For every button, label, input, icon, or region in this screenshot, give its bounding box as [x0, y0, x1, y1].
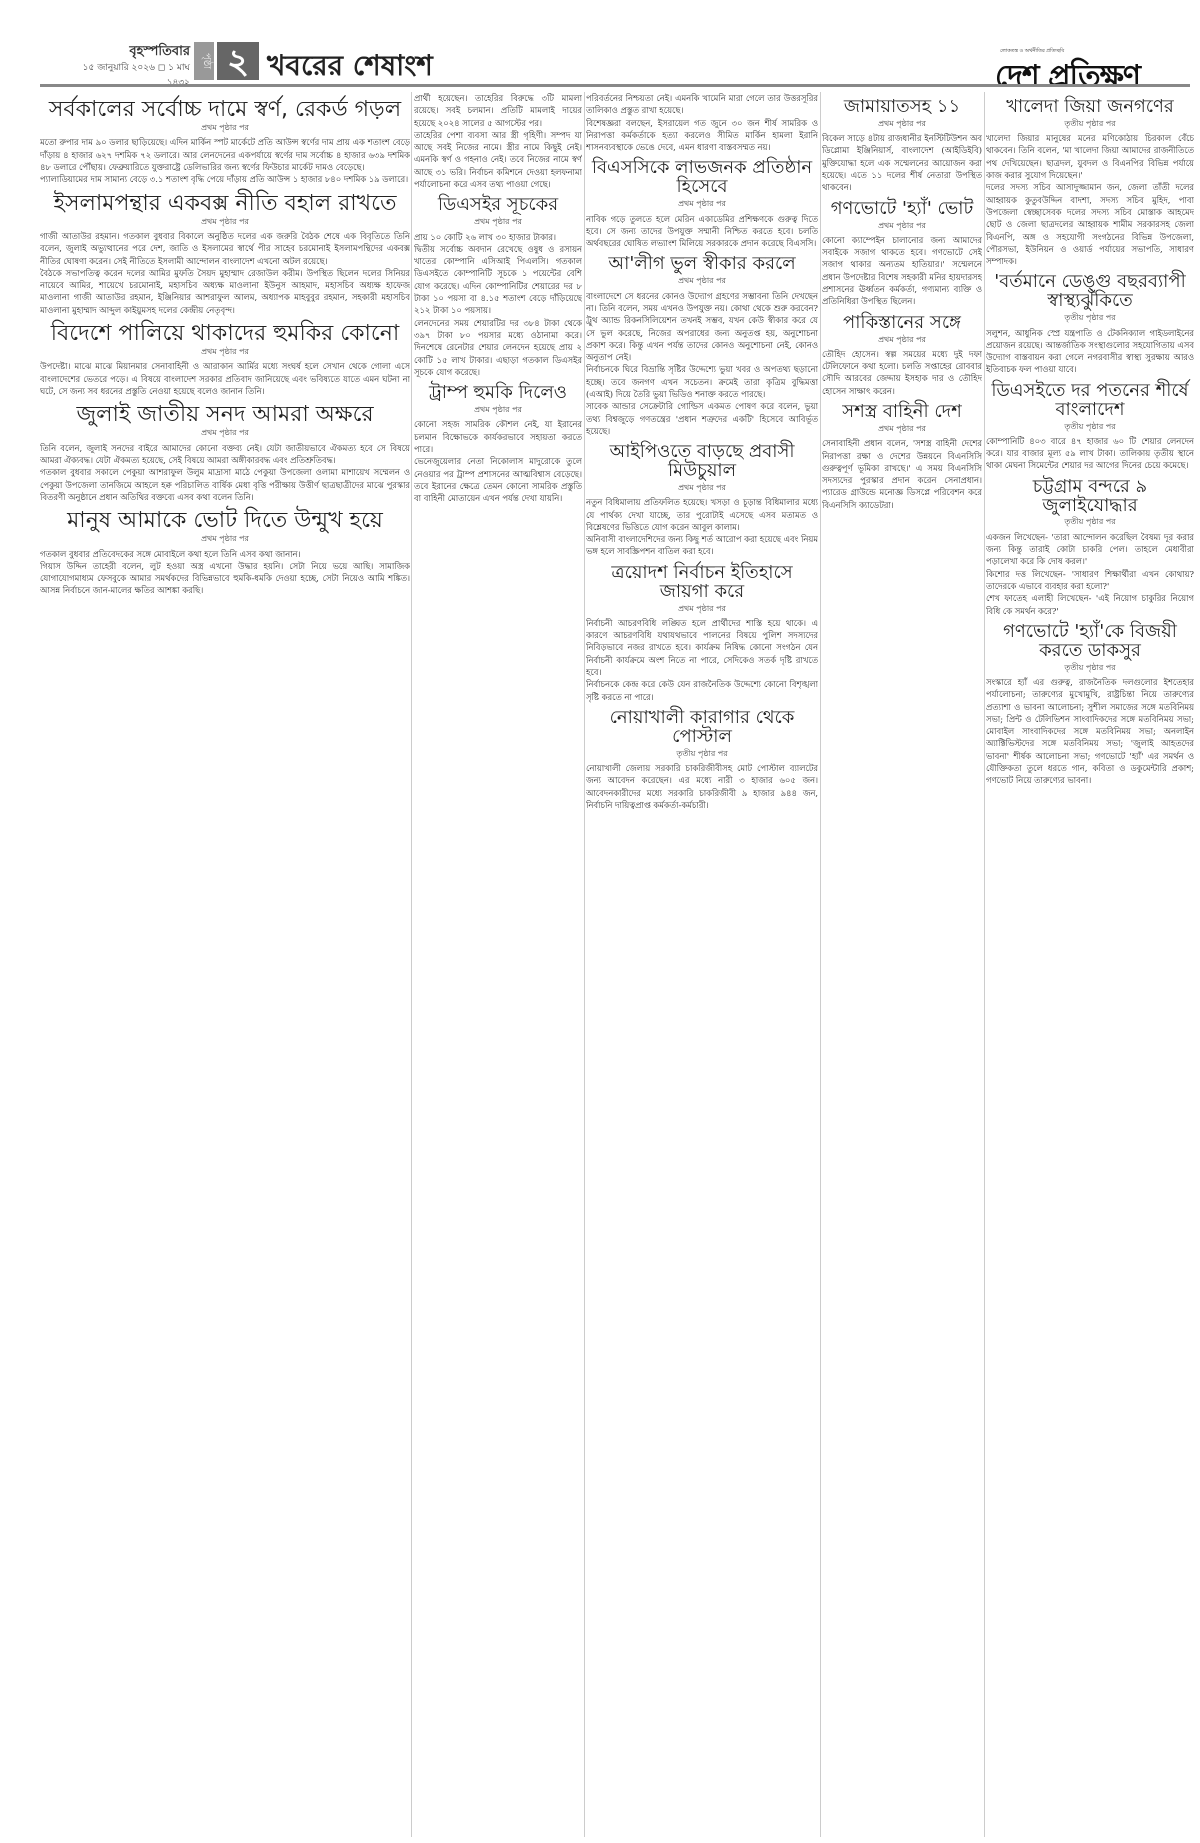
article-armed-forces: সশস্ত্র বাহিনী দেশ প্রথম পৃষ্ঠার পর সেনা… — [822, 403, 982, 511]
paragraph: নোয়াখালী জেলায় সরকারি চাকরিজীবীসহ মোট … — [586, 762, 818, 811]
continued-label: প্রথম পৃষ্ঠার পর — [586, 482, 818, 494]
paragraph: ভেনেজুয়েলার নেতা নিকোলাস মাদুরোকে তুলে … — [414, 455, 582, 504]
continued-label: তৃতীয় পৃষ্ঠার পর — [986, 662, 1194, 674]
paragraph: কোম্পানিটি ৪০৩ বারে ৪৭ হাজার ৬০ টি শেয়া… — [986, 435, 1194, 472]
article-khaleda-zia: খালেদা জিয়া জনগণের তৃতীয় পৃষ্ঠার পর খা… — [986, 98, 1194, 267]
paragraph: বাংলাদেশে সে ধরনের কোনও উদ্যোগ গ্রহণের স… — [586, 290, 818, 364]
continued-label: প্রথম পৃষ্ঠার পর — [586, 603, 818, 615]
headline: বিএসসিকে লাভজনক প্রতিষ্ঠান হিসেবে — [586, 159, 818, 197]
headline: জামায়াতসহ ১১ — [822, 98, 982, 117]
column-divider — [984, 92, 985, 1837]
page-tag: পৃষ্ঠা — [194, 42, 214, 80]
paragraph: তিনি বলেন, জুলাই সনদের বাইরে আমাদের কোনো… — [40, 442, 410, 467]
paragraph: নাবিক গড়ে তুলতে হলে মেরিন একাডেমির প্রশ… — [586, 213, 818, 250]
article-ipo-mutual-fund: আইপিওতে বাড়ছে প্রবাসী মিউচুয়াল প্রথম প… — [586, 443, 818, 558]
headline: সশস্ত্র বাহিনী দেশ — [822, 403, 982, 422]
paragraph: নির্বাচনী আচরণবিধি লঙ্ঘিত হলে প্রার্থীদে… — [586, 617, 818, 678]
paragraph: গিয়াস উদ্দিন তাহেরী বলেন, লুট হওয়া অস্… — [40, 560, 410, 597]
article-awami-league: আ'লীগ ভুল স্বীকার করলে প্রথম পৃষ্ঠার পর … — [586, 255, 818, 437]
headline: খালেদা জিয়া জনগণের — [986, 98, 1194, 117]
paragraph: একজন লিখেছেন- 'তারা আন্দোলন করেছিল বৈষম্… — [986, 531, 1194, 568]
column-2: প্রার্থী হয়েছেন। তাহেরির বিরুদ্ধে ৩টি ম… — [414, 92, 582, 1837]
headline: 'বর্তমানে ডেঙ্গু বছরব্যাপী স্বাস্থ্যঝুঁক… — [986, 273, 1194, 311]
paragraph: গতকাল বুধবার সকালে পেকুয়া আশরাফুল উলুম … — [40, 466, 410, 503]
column-divider — [820, 92, 821, 1837]
article-july-charter: জুলাই জাতীয় সনদ আমরা অক্ষরে প্রথম পৃষ্ঠ… — [40, 403, 410, 503]
continued-label: প্রথম পৃষ্ঠার পর — [822, 118, 982, 130]
article-taheri-continued: প্রার্থী হয়েছেন। তাহেরির বিরুদ্ধে ৩টি ম… — [414, 92, 582, 190]
article-islamic-unity: ইসলামপন্থার একবক্স নীতি বহাল রাখতে প্রথম… — [40, 192, 410, 316]
continued-label: প্রথম পৃষ্ঠার পর — [414, 404, 582, 416]
continued-label: প্রথম পৃষ্ঠার পর — [40, 122, 410, 134]
article-noakhali-postal: নোয়াখালী কারাগার থেকে পোস্টাল তৃতীয় পৃ… — [586, 709, 818, 811]
column-4: জামায়াতসহ ১১ প্রথম পৃষ্ঠার পর বিকেল সাড… — [822, 92, 982, 1837]
paragraph: পরিবর্তনের নিশ্চয়তা নেই। এমনকি খামেনি ম… — [586, 92, 818, 117]
paragraph: প্যালাডিয়ামের দাম সামান্য বেড়ে ৩.১ শতা… — [40, 173, 410, 185]
article-jamaat-11: জামায়াতসহ ১১ প্রথম পৃষ্ঠার পর বিকেল সাড… — [822, 98, 982, 194]
paragraph: নির্বাচনকে ঘিরে বিভ্রান্তি সৃষ্টির উদ্দে… — [586, 363, 818, 400]
headline: গণভোটে 'হ্যাঁ' ভোট — [822, 200, 982, 219]
headline: ট্রাম্প হুমকি দিলেও — [414, 384, 582, 403]
article-thirteenth-election: ত্রয়োদশ নির্বাচন ইতিহাসে জায়গা করে প্র… — [586, 564, 818, 703]
paragraph: মতো রুপার দাম ৯০ ডলার ছাড়িয়েছে। এদিন ম… — [40, 136, 410, 173]
continued-label: প্রথম পৃষ্ঠার পর — [40, 427, 410, 439]
column-1: সর্বকালের সর্বোচ্চ দামে স্বর্ণ, রেকর্ড গ… — [40, 92, 410, 1837]
paragraph: দলের সদস্য সচিব আসাদুজ্জামান জন, জেলা তা… — [986, 181, 1194, 267]
column-divider — [584, 92, 585, 1837]
article-ducsu-referendum: গণভোটে 'হ্যাঁ'কে বিজয়ী করতে ডাকসুর তৃতী… — [986, 623, 1194, 787]
article-dse-decline: ডিএসইতে দর পতনের শীর্ষে বাংলাদেশ তৃতীয় … — [986, 382, 1194, 472]
paragraph: প্রায় ১০ কোটি ২৬ লাখ ৩০ হাজার টাকার। — [414, 231, 582, 243]
continued-label: প্রথম পৃষ্ঠার পর — [414, 216, 582, 228]
paragraph: খালেদা জিয়ার মানুষের মনের মণিকোঠায় চির… — [986, 132, 1194, 181]
continued-label: তৃতীয় পৃষ্ঠার পর — [986, 118, 1194, 130]
paragraph: সংস্কারে হ্যাঁ এর গুরুত্ব, রাজনৈতিক দলগু… — [986, 676, 1194, 787]
headline: আ'লীগ ভুল স্বীকার করলে — [586, 255, 818, 274]
paragraph: অনিবাসী বাংলাদেশিদের জন্য কিছু শর্ত আরোপ… — [586, 533, 818, 558]
article-bsc-profit: পরিবর্তনের নিশ্চয়তা নেই। এমনকি খামেনি ম… — [586, 92, 818, 249]
paragraph: দ্বিতীয় সর্বোচ্চ অবদান রেখেছে ওষুধ ও রস… — [414, 243, 582, 317]
column-5: খালেদা জিয়া জনগণের তৃতীয় পৃষ্ঠার পর খা… — [986, 92, 1194, 1837]
paragraph: গাজী আতাউর রহমান। গতকাল বুধবার বিকালে অন… — [40, 230, 410, 267]
continued-label: তৃতীয় পৃষ্ঠার পর — [986, 516, 1194, 528]
paragraph: লেনদেনের সময় শেয়ারটির দর ৩৮৪ টাকা থেকে… — [414, 317, 582, 378]
column-3: পরিবর্তনের নিশ্চয়তা নেই। এমনকি খামেনি ম… — [586, 92, 818, 1837]
headline: ডিএসইতে দর পতনের শীর্ষে বাংলাদেশ — [986, 382, 1194, 420]
paragraph: প্রার্থী হয়েছেন। তাহেরির বিরুদ্ধে ৩টি ম… — [414, 92, 582, 129]
paragraph: বিশেষজ্ঞরা বলছেন, ইসরায়েল গত জুনে ৩০ জন… — [586, 117, 818, 154]
headline: পাকিস্তানের সঙ্গে — [822, 314, 982, 333]
headline: আইপিওতে বাড়ছে প্রবাসী মিউচুয়াল — [586, 443, 818, 481]
article-dengue: 'বর্তমানে ডেঙ্গু বছরব্যাপী স্বাস্থ্যঝুঁক… — [986, 273, 1194, 375]
paragraph: সেনাবাহিনী প্রধান বলেন, 'সশস্ত্র বাহিনী … — [822, 437, 982, 511]
column-divider — [411, 92, 412, 1837]
headline: জুলাই জাতীয় সনদ আমরা অক্ষরে — [40, 403, 410, 426]
paragraph: কোনো সহজ সামরিক কৌশল নেই, যা ইরানের চলমা… — [414, 418, 582, 455]
continued-label: প্রথম পৃষ্ঠার পর — [40, 346, 410, 358]
paragraph: উপদেষ্টা। মাঝে মাঝে মিয়ানমার সেনাবাহিনী… — [40, 360, 410, 397]
paragraph: শেখ ফাতেহ এলাহী লিখেছেন- 'এই নিয়োগ চাকু… — [986, 592, 1194, 617]
continued-label: প্রথম পৃষ্ঠার পর — [40, 216, 410, 228]
headline: সর্বকালের সর্বোচ্চ দামে স্বর্ণ, রেকর্ড গ… — [40, 98, 410, 121]
paragraph: সাবেক আন্ডার সেক্রেটারি গোল্ডিস একমত পোষ… — [586, 400, 818, 437]
continued-label: প্রথম পৃষ্ঠার পর — [822, 220, 982, 232]
paragraph: গতকাল বুধবার প্রতিবেদকের সঙ্গে মোবাইলে ক… — [40, 548, 410, 560]
article-pakistan: পাকিস্তানের সঙ্গে প্রথম পৃষ্ঠার পর তৌহিদ… — [822, 314, 982, 397]
paragraph: নতুন বিধিমালায় প্রতিফলিত হয়েছে। খসড়া … — [586, 496, 818, 533]
headline: নোয়াখালী কারাগার থেকে পোস্টাল — [586, 709, 818, 747]
article-referendum-yes: গণভোটে 'হ্যাঁ' ভোট প্রথম পৃষ্ঠার পর কোনো… — [822, 200, 982, 308]
continued-label: তৃতীয় পৃষ্ঠার পর — [986, 312, 1194, 324]
headline: ত্রয়োদশ নির্বাচন ইতিহাসে জায়গা করে — [586, 564, 818, 602]
paragraph: কোনো ক্যাম্পেইন চালানোর জন্য আমাদের সবাই… — [822, 234, 982, 308]
headline: মানুষ আমাকে ভোট দিতে উন্মুখ হয়ে — [40, 509, 410, 532]
masthead: বৃহস্পতিবার ১৫ জানুয়ারি ২০২৬ ◻ ১ মাঘ ১৪… — [0, 0, 1200, 78]
paragraph: তৌহিদ হোসেন। স্বল্প সময়ের মধ্যে দুই দফা… — [822, 348, 982, 397]
page-number: ২ — [217, 42, 259, 80]
masthead-rule — [40, 84, 1190, 87]
continued-label: প্রথম পৃষ্ঠার পর — [586, 198, 818, 210]
paragraph: নির্বাচনকে কেন্দ্র করে কেউ যেন রাজনৈতিক … — [586, 678, 818, 703]
headline: চট্টগ্রাম বন্দরে ৯ জুলাইযোদ্ধার — [986, 478, 1194, 516]
continued-label: তৃতীয় পৃষ্ঠার পর — [986, 421, 1194, 433]
continued-label: প্রথম পৃষ্ঠার পর — [586, 275, 818, 287]
paragraph: বৈঠকে সভাপতিত্ব করেন দলের আমির মুফতি সৈয… — [40, 267, 410, 316]
article-dse-index: ডিএসইর সূচকের প্রথম পৃষ্ঠার পর প্রায় ১০… — [414, 196, 582, 378]
article-chittagong-port: চট্টগ্রাম বন্দরে ৯ জুলাইযোদ্ধার তৃতীয় প… — [986, 478, 1194, 617]
headline: বিদেশে পালিয়ে থাকাদের হুমকির কোনো — [40, 322, 410, 345]
paragraph: সলুশন, আধুনিক স্প্রে যন্ত্রপাতি ও টেকনিক… — [986, 327, 1194, 376]
continued-label: প্রথম পৃষ্ঠার পর — [822, 423, 982, 435]
continued-label: প্রথম পৃষ্ঠার পর — [822, 334, 982, 346]
paragraph: তাহেরির পেশা ব্যবসা আর স্ত্রী গৃহিণী। সম… — [414, 129, 582, 190]
article-threat-abroad: বিদেশে পালিয়ে থাকাদের হুমকির কোনো প্রথম… — [40, 322, 410, 397]
article-trump-threat: ট্রাম্প হুমকি দিলেও প্রথম পৃষ্ঠার পর কোন… — [414, 384, 582, 504]
headline: ইসলামপন্থার একবক্স নীতি বহাল রাখতে — [40, 192, 410, 215]
headline: ডিএসইর সূচকের — [414, 196, 582, 215]
headline: গণভোটে 'হ্যাঁ'কে বিজয়ী করতে ডাকসুর — [986, 623, 1194, 661]
article-voters-eager: মানুষ আমাকে ভোট দিতে উন্মুখ হয়ে প্রথম প… — [40, 509, 410, 597]
paragraph: বিকেল সাড়ে ৪টায় রাজধানীর ইনস্টিটিউশন অ… — [822, 132, 982, 193]
article-gold-price: সর্বকালের সর্বোচ্চ দামে স্বর্ণ, রেকর্ড গ… — [40, 98, 410, 186]
continued-label: প্রথম পৃষ্ঠার পর — [40, 533, 410, 545]
continued-label: তৃতীয় পৃষ্ঠার পর — [586, 748, 818, 760]
paragraph: কিশোর দত্ত লিখেছেন- 'সাধারণ শিক্ষার্থীরা… — [986, 568, 1194, 593]
